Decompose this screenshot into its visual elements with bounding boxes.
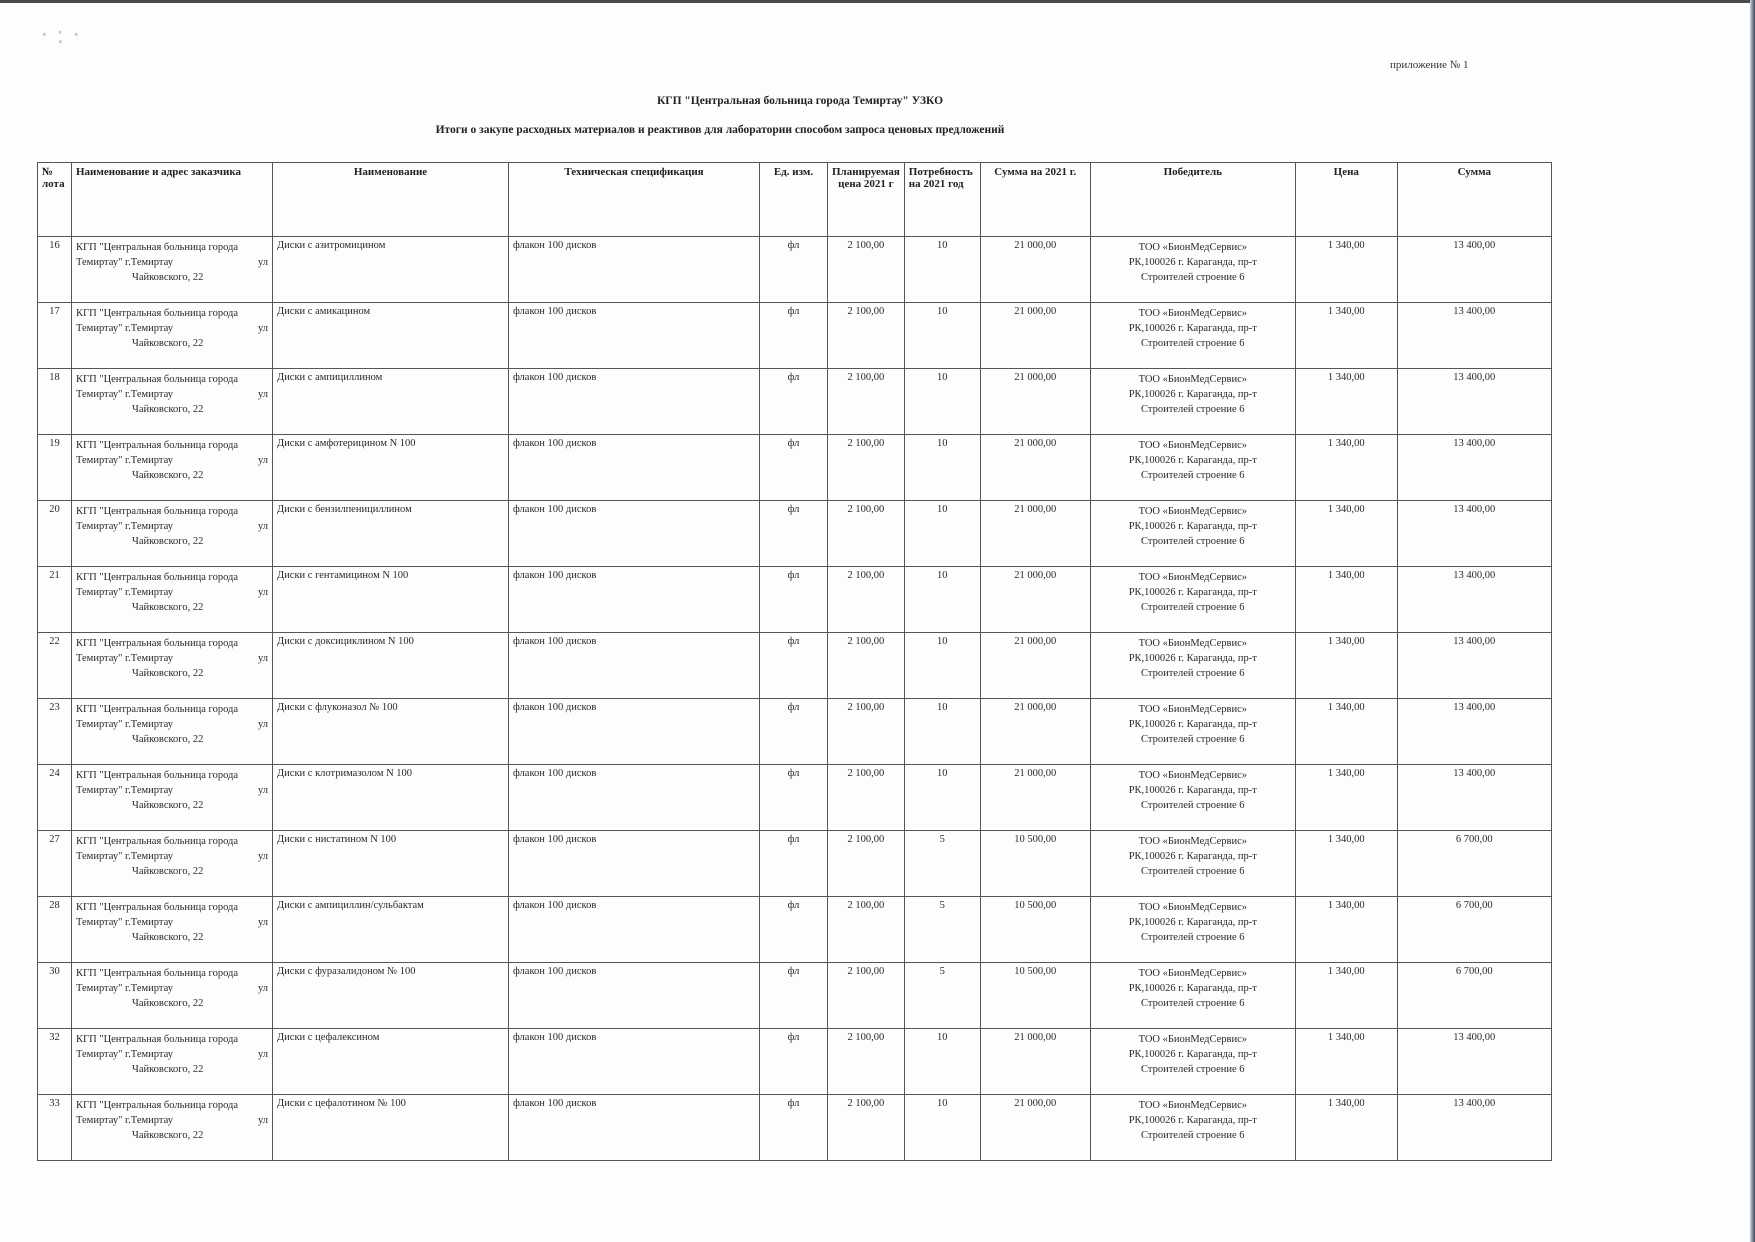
need-qty: 10 (904, 369, 980, 435)
winner-line1: ТОО «БионМедСервис» (1095, 1098, 1291, 1113)
lot-number: 30 (38, 963, 72, 1029)
customer-street-prefix: ул (258, 783, 268, 798)
planned-price: 2 100,00 (828, 699, 905, 765)
customer-line2: Темиртау" г.Темиртау (76, 915, 173, 930)
item-unit: фл (760, 897, 828, 963)
customer-line2: Темиртау" г.Темиртау (76, 255, 173, 270)
item-unit: фл (760, 1095, 828, 1161)
winner-line1: ТОО «БионМедСервис» (1095, 306, 1291, 321)
planned-price: 2 100,00 (828, 567, 905, 633)
table-row: 33 КГП "Центральная больница города Теми… (38, 1095, 1552, 1161)
item-spec: флакон 100 дисков (509, 831, 760, 897)
need-qty: 5 (904, 963, 980, 1029)
sum-2021: 21 000,00 (980, 633, 1090, 699)
customer-line3: Чайковского, 22 (76, 996, 268, 1011)
annex-label: приложение № 1 (1390, 59, 1468, 71)
winner-line2: РК,100026 г. Караганда, пр-т (1095, 651, 1291, 666)
customer-cell: КГП "Центральная больница города Темирта… (72, 765, 273, 831)
table-row: 27 КГП "Центральная больница города Теми… (38, 831, 1552, 897)
customer-line2: Темиртау" г.Темиртау (76, 387, 173, 402)
customer-line2: Темиртау" г.Темиртау (76, 453, 173, 468)
need-qty: 10 (904, 501, 980, 567)
lot-number: 17 (38, 303, 72, 369)
item-spec: флакон 100 дисков (509, 765, 760, 831)
winner-line2: РК,100026 г. Караганда, пр-т (1095, 321, 1291, 336)
customer-cell: КГП "Центральная больница города Темирта… (72, 303, 273, 369)
customer-line2: Темиртау" г.Темиртау (76, 783, 173, 798)
sum-2021: 21 000,00 (980, 1029, 1090, 1095)
winner-line2: РК,100026 г. Караганда, пр-т (1095, 519, 1291, 534)
customer-cell: КГП "Центральная больница города Темирта… (72, 1029, 273, 1095)
winner-cell: ТОО «БионМедСервис» РК,100026 г. Караган… (1090, 831, 1295, 897)
lot-number: 27 (38, 831, 72, 897)
planned-price: 2 100,00 (828, 501, 905, 567)
customer-line1: КГП "Центральная больница города (76, 372, 268, 387)
winner-line3: Строителей строение 6 (1095, 732, 1291, 747)
lot-number: 21 (38, 567, 72, 633)
need-qty: 10 (904, 567, 980, 633)
item-unit: фл (760, 303, 828, 369)
item-name: Диски с нистатином N 100 (273, 831, 509, 897)
winner-sum: 13 400,00 (1397, 1029, 1551, 1095)
lot-number: 16 (38, 237, 72, 303)
customer-line3: Чайковского, 22 (76, 864, 268, 879)
customer-cell: КГП "Центральная больница города Темирта… (72, 237, 273, 303)
customer-cell: КГП "Центральная больница города Темирта… (72, 633, 273, 699)
item-spec: флакон 100 дисков (509, 963, 760, 1029)
winner-line2: РК,100026 г. Караганда, пр-т (1095, 783, 1291, 798)
winner-price: 1 340,00 (1295, 567, 1397, 633)
item-spec: флакон 100 дисков (509, 369, 760, 435)
item-unit: фл (760, 567, 828, 633)
customer-line3: Чайковского, 22 (76, 1062, 268, 1077)
customer-line1: КГП "Центральная больница города (76, 636, 268, 651)
need-qty: 10 (904, 765, 980, 831)
winner-cell: ТОО «БионМедСервис» РК,100026 г. Караган… (1090, 963, 1295, 1029)
winner-cell: ТОО «БионМедСервис» РК,100026 г. Караган… (1090, 237, 1295, 303)
winner-line1: ТОО «БионМедСервис» (1095, 702, 1291, 717)
winner-line1: ТОО «БионМедСервис» (1095, 1032, 1291, 1047)
winner-cell: ТОО «БионМедСервис» РК,100026 г. Караган… (1090, 501, 1295, 567)
lot-number: 33 (38, 1095, 72, 1161)
winner-line3: Строителей строение 6 (1095, 270, 1291, 285)
table-row: 19 КГП "Центральная больница города Теми… (38, 435, 1552, 501)
winner-price: 1 340,00 (1295, 369, 1397, 435)
table-row: 18 КГП "Центральная больница города Теми… (38, 369, 1552, 435)
winner-line3: Строителей строение 6 (1095, 996, 1291, 1011)
winner-sum: 6 700,00 (1397, 897, 1551, 963)
winner-sum: 6 700,00 (1397, 963, 1551, 1029)
customer-cell: КГП "Центральная больница города Темирта… (72, 435, 273, 501)
item-spec: флакон 100 дисков (509, 435, 760, 501)
item-name: Диски с доксициклином N 100 (273, 633, 509, 699)
customer-line1: КГП "Центральная больница города (76, 240, 268, 255)
need-qty: 10 (904, 699, 980, 765)
planned-price: 2 100,00 (828, 831, 905, 897)
need-qty: 10 (904, 633, 980, 699)
winner-price: 1 340,00 (1295, 501, 1397, 567)
item-spec: флакон 100 дисков (509, 897, 760, 963)
scan-artifact: ·:· (40, 20, 120, 60)
table-row: 23 КГП "Центральная больница города Теми… (38, 699, 1552, 765)
table-row: 21 КГП "Центральная больница города Теми… (38, 567, 1552, 633)
planned-price: 2 100,00 (828, 1095, 905, 1161)
winner-sum: 13 400,00 (1397, 237, 1551, 303)
customer-street-prefix: ул (258, 519, 268, 534)
customer-street-prefix: ул (258, 1113, 268, 1128)
item-unit: фл (760, 369, 828, 435)
customer-line3: Чайковского, 22 (76, 336, 268, 351)
item-spec: флакон 100 дисков (509, 633, 760, 699)
winner-sum: 6 700,00 (1397, 831, 1551, 897)
customer-street-prefix: ул (258, 915, 268, 930)
header-planned-price: Планируемая цена 2021 г (828, 163, 905, 237)
customer-cell: КГП "Центральная больница города Темирта… (72, 1095, 273, 1161)
scan-right-edge (1750, 0, 1755, 1242)
planned-price: 2 100,00 (828, 237, 905, 303)
item-spec: флакон 100 дисков (509, 1029, 760, 1095)
customer-street-prefix: ул (258, 1047, 268, 1062)
winner-sum: 13 400,00 (1397, 369, 1551, 435)
winner-price: 1 340,00 (1295, 897, 1397, 963)
winner-line3: Строителей строение 6 (1095, 468, 1291, 483)
header-price: Цена (1295, 163, 1397, 237)
customer-line3: Чайковского, 22 (76, 930, 268, 945)
winner-line2: РК,100026 г. Караганда, пр-т (1095, 717, 1291, 732)
winner-sum: 13 400,00 (1397, 633, 1551, 699)
header-name: Наименование (273, 163, 509, 237)
winner-cell: ТОО «БионМедСервис» РК,100026 г. Караган… (1090, 897, 1295, 963)
sum-2021: 21 000,00 (980, 435, 1090, 501)
sum-2021: 10 500,00 (980, 963, 1090, 1029)
winner-line3: Строителей строение 6 (1095, 600, 1291, 615)
winner-line2: РК,100026 г. Караганда, пр-т (1095, 255, 1291, 270)
winner-price: 1 340,00 (1295, 831, 1397, 897)
customer-line3: Чайковского, 22 (76, 270, 268, 285)
item-name: Диски с азитромицином (273, 237, 509, 303)
header-lot-no: № лота (38, 163, 72, 237)
table-row: 24 КГП "Центральная больница города Теми… (38, 765, 1552, 831)
need-qty: 10 (904, 237, 980, 303)
sum-2021: 21 000,00 (980, 369, 1090, 435)
winner-price: 1 340,00 (1295, 765, 1397, 831)
winner-line3: Строителей строение 6 (1095, 1062, 1291, 1077)
winner-line1: ТОО «БионМедСервис» (1095, 240, 1291, 255)
customer-line3: Чайковского, 22 (76, 798, 268, 813)
item-spec: флакон 100 дисков (509, 303, 760, 369)
winner-line1: ТОО «БионМедСервис» (1095, 372, 1291, 387)
winner-line3: Строителей строение 6 (1095, 402, 1291, 417)
customer-street-prefix: ул (258, 651, 268, 666)
item-name: Диски с ампициллином (273, 369, 509, 435)
customer-line3: Чайковского, 22 (76, 468, 268, 483)
need-qty: 10 (904, 1029, 980, 1095)
need-qty: 10 (904, 435, 980, 501)
item-unit: фл (760, 237, 828, 303)
winner-line3: Строителей строение 6 (1095, 336, 1291, 351)
winner-cell: ТОО «БионМедСервис» РК,100026 г. Караган… (1090, 435, 1295, 501)
lot-number: 18 (38, 369, 72, 435)
document-subtitle: Итоги о закупе расходных материалов и ре… (0, 124, 1520, 136)
winner-cell: ТОО «БионМедСервис» РК,100026 г. Караган… (1090, 699, 1295, 765)
winner-cell: ТОО «БионМедСервис» РК,100026 г. Караган… (1090, 1029, 1295, 1095)
customer-line3: Чайковского, 22 (76, 534, 268, 549)
winner-line3: Строителей строение 6 (1095, 666, 1291, 681)
winner-price: 1 340,00 (1295, 435, 1397, 501)
customer-line1: КГП "Центральная больница города (76, 438, 268, 453)
sum-2021: 10 500,00 (980, 831, 1090, 897)
customer-line2: Темиртау" г.Темиртау (76, 585, 173, 600)
winner-line3: Строителей строение 6 (1095, 1128, 1291, 1143)
sum-2021: 21 000,00 (980, 303, 1090, 369)
organization-title: КГП "Центральная больница города Темирта… (0, 95, 1600, 107)
item-name: Диски с гентамицином N 100 (273, 567, 509, 633)
item-spec: флакон 100 дисков (509, 699, 760, 765)
winner-price: 1 340,00 (1295, 303, 1397, 369)
header-need: Потребность на 2021 год (904, 163, 980, 237)
item-unit: фл (760, 831, 828, 897)
customer-line2: Темиртау" г.Темиртау (76, 321, 173, 336)
customer-street-prefix: ул (258, 321, 268, 336)
winner-cell: ТОО «БионМедСервис» РК,100026 г. Караган… (1090, 303, 1295, 369)
sum-2021: 21 000,00 (980, 699, 1090, 765)
sum-2021: 21 000,00 (980, 765, 1090, 831)
customer-line2: Темиртау" г.Темиртау (76, 981, 173, 996)
customer-line2: Темиртау" г.Темиртау (76, 717, 173, 732)
customer-line3: Чайковского, 22 (76, 600, 268, 615)
winner-cell: ТОО «БионМедСервис» РК,100026 г. Караган… (1090, 369, 1295, 435)
need-qty: 10 (904, 1095, 980, 1161)
planned-price: 2 100,00 (828, 633, 905, 699)
winner-line1: ТОО «БионМедСервис» (1095, 900, 1291, 915)
winner-price: 1 340,00 (1295, 699, 1397, 765)
item-name: Диски с амфотерицином N 100 (273, 435, 509, 501)
customer-line3: Чайковского, 22 (76, 402, 268, 417)
item-unit: фл (760, 765, 828, 831)
customer-line2: Темиртау" г.Темиртау (76, 849, 173, 864)
table-row: 22 КГП "Центральная больница города Теми… (38, 633, 1552, 699)
planned-price: 2 100,00 (828, 1029, 905, 1095)
item-spec: флакон 100 дисков (509, 501, 760, 567)
header-spec: Техническая спецификация (509, 163, 760, 237)
winner-cell: ТОО «БионМедСервис» РК,100026 г. Караган… (1090, 633, 1295, 699)
need-qty: 10 (904, 303, 980, 369)
planned-price: 2 100,00 (828, 963, 905, 1029)
lot-number: 24 (38, 765, 72, 831)
winner-sum: 13 400,00 (1397, 765, 1551, 831)
winner-line2: РК,100026 г. Караганда, пр-т (1095, 915, 1291, 930)
need-qty: 5 (904, 831, 980, 897)
header-sum: Сумма (1397, 163, 1551, 237)
winner-line2: РК,100026 г. Караганда, пр-т (1095, 585, 1291, 600)
sum-2021: 10 500,00 (980, 897, 1090, 963)
customer-line2: Темиртау" г.Темиртау (76, 1047, 173, 1062)
winner-sum: 13 400,00 (1397, 699, 1551, 765)
item-name: Диски с флуконазол № 100 (273, 699, 509, 765)
customer-street-prefix: ул (258, 717, 268, 732)
sum-2021: 21 000,00 (980, 567, 1090, 633)
winner-line3: Строителей строение 6 (1095, 798, 1291, 813)
customer-line1: КГП "Центральная больница города (76, 768, 268, 783)
winner-line1: ТОО «БионМедСервис» (1095, 834, 1291, 849)
winner-sum: 13 400,00 (1397, 303, 1551, 369)
table-row: 32 КГП "Центральная больница города Теми… (38, 1029, 1552, 1095)
customer-street-prefix: ул (258, 255, 268, 270)
customer-line1: КГП "Центральная больница города (76, 900, 268, 915)
sum-2021: 21 000,00 (980, 237, 1090, 303)
winner-sum: 13 400,00 (1397, 1095, 1551, 1161)
customer-cell: КГП "Центральная больница города Темирта… (72, 567, 273, 633)
sum-2021: 21 000,00 (980, 501, 1090, 567)
customer-line1: КГП "Центральная больница города (76, 702, 268, 717)
winner-line3: Строителей строение 6 (1095, 930, 1291, 945)
customer-street-prefix: ул (258, 849, 268, 864)
planned-price: 2 100,00 (828, 303, 905, 369)
scan-top-edge (0, 0, 1755, 3)
sum-2021: 21 000,00 (980, 1095, 1090, 1161)
winner-line2: РК,100026 г. Караганда, пр-т (1095, 1047, 1291, 1062)
lot-number: 28 (38, 897, 72, 963)
winner-line2: РК,100026 г. Караганда, пр-т (1095, 849, 1291, 864)
customer-line1: КГП "Центральная больница города (76, 966, 268, 981)
customer-street-prefix: ул (258, 585, 268, 600)
item-name: Диски с фуразалидоном № 100 (273, 963, 509, 1029)
header-unit: Ед. изм. (760, 163, 828, 237)
item-name: Диски с клотримазолом N 100 (273, 765, 509, 831)
winner-line3: Строителей строение 6 (1095, 534, 1291, 549)
lot-number: 22 (38, 633, 72, 699)
item-name: Диски с амикацином (273, 303, 509, 369)
winner-sum: 13 400,00 (1397, 501, 1551, 567)
planned-price: 2 100,00 (828, 897, 905, 963)
table-row: 30 КГП "Центральная больница города Теми… (38, 963, 1552, 1029)
item-name: Диски с цефалотином № 100 (273, 1095, 509, 1161)
customer-line1: КГП "Центральная больница города (76, 834, 268, 849)
item-unit: фл (760, 963, 828, 1029)
item-unit: фл (760, 501, 828, 567)
winner-cell: ТОО «БионМедСервис» РК,100026 г. Караган… (1090, 567, 1295, 633)
winner-line1: ТОО «БионМедСервис» (1095, 438, 1291, 453)
customer-line1: КГП "Центральная больница города (76, 1032, 268, 1047)
item-unit: фл (760, 1029, 828, 1095)
customer-cell: КГП "Центральная больница города Темирта… (72, 501, 273, 567)
item-name: Диски с цефалексином (273, 1029, 509, 1095)
lot-number: 23 (38, 699, 72, 765)
header-customer: Наименование и адрес заказчика (72, 163, 273, 237)
lot-number: 32 (38, 1029, 72, 1095)
winner-price: 1 340,00 (1295, 963, 1397, 1029)
winner-line1: ТОО «БионМедСервис» (1095, 504, 1291, 519)
table-row: 16 КГП "Центральная больница города Теми… (38, 237, 1552, 303)
customer-line3: Чайковского, 22 (76, 732, 268, 747)
table-row: 28 КГП "Центральная больница города Теми… (38, 897, 1552, 963)
customer-cell: КГП "Центральная больница города Темирта… (72, 369, 273, 435)
item-unit: фл (760, 633, 828, 699)
customer-street-prefix: ул (258, 387, 268, 402)
winner-cell: ТОО «БионМедСервис» РК,100026 г. Караган… (1090, 765, 1295, 831)
item-spec: флакон 100 дисков (509, 567, 760, 633)
winner-cell: ТОО «БионМедСервис» РК,100026 г. Караган… (1090, 1095, 1295, 1161)
header-sum-2021: Сумма на 2021 г. (980, 163, 1090, 237)
item-spec: флакон 100 дисков (509, 1095, 760, 1161)
customer-line3: Чайковского, 22 (76, 666, 268, 681)
winner-line1: ТОО «БионМедСервис» (1095, 768, 1291, 783)
winner-line2: РК,100026 г. Караганда, пр-т (1095, 453, 1291, 468)
winner-line1: ТОО «БионМедСервис» (1095, 636, 1291, 651)
planned-price: 2 100,00 (828, 369, 905, 435)
item-unit: фл (760, 435, 828, 501)
winner-price: 1 340,00 (1295, 1095, 1397, 1161)
winner-sum: 13 400,00 (1397, 567, 1551, 633)
customer-line1: КГП "Центральная больница города (76, 504, 268, 519)
winner-price: 1 340,00 (1295, 1029, 1397, 1095)
winner-sum: 13 400,00 (1397, 435, 1551, 501)
planned-price: 2 100,00 (828, 765, 905, 831)
customer-line2: Темиртау" г.Темиртау (76, 651, 173, 666)
winner-line2: РК,100026 г. Караганда, пр-т (1095, 981, 1291, 996)
winner-price: 1 340,00 (1295, 633, 1397, 699)
customer-line2: Темиртау" г.Темиртау (76, 519, 173, 534)
customer-street-prefix: ул (258, 981, 268, 996)
winner-line2: РК,100026 г. Караганда, пр-т (1095, 1113, 1291, 1128)
need-qty: 5 (904, 897, 980, 963)
customer-cell: КГП "Центральная больница города Темирта… (72, 699, 273, 765)
customer-line3: Чайковского, 22 (76, 1128, 268, 1143)
planned-price: 2 100,00 (828, 435, 905, 501)
winner-price: 1 340,00 (1295, 237, 1397, 303)
winner-line3: Строителей строение 6 (1095, 864, 1291, 879)
item-unit: фл (760, 699, 828, 765)
table-row: 17 КГП "Центральная больница города Теми… (38, 303, 1552, 369)
procurement-results-table: № лота Наименование и адрес заказчика На… (37, 162, 1552, 1161)
item-name: Диски с бензилпенициллином (273, 501, 509, 567)
item-spec: флакон 100 дисков (509, 237, 760, 303)
customer-line1: КГП "Центральная больница города (76, 306, 268, 321)
header-winner: Победитель (1090, 163, 1295, 237)
customer-cell: КГП "Центральная больница города Темирта… (72, 897, 273, 963)
table-header-row: № лота Наименование и адрес заказчика На… (38, 163, 1552, 237)
table-row: 20 КГП "Центральная больница города Теми… (38, 501, 1552, 567)
customer-cell: КГП "Центральная больница города Темирта… (72, 963, 273, 1029)
customer-line2: Темиртау" г.Темиртау (76, 1113, 173, 1128)
winner-line1: ТОО «БионМедСервис» (1095, 966, 1291, 981)
customer-line1: КГП "Центральная больница города (76, 570, 268, 585)
customer-street-prefix: ул (258, 453, 268, 468)
customer-cell: КГП "Центральная больница города Темирта… (72, 831, 273, 897)
item-name: Диски с ампициллин/сульбактам (273, 897, 509, 963)
customer-line1: КГП "Центральная больница города (76, 1098, 268, 1113)
lot-number: 19 (38, 435, 72, 501)
winner-line1: ТОО «БионМедСервис» (1095, 570, 1291, 585)
winner-line2: РК,100026 г. Караганда, пр-т (1095, 387, 1291, 402)
lot-number: 20 (38, 501, 72, 567)
